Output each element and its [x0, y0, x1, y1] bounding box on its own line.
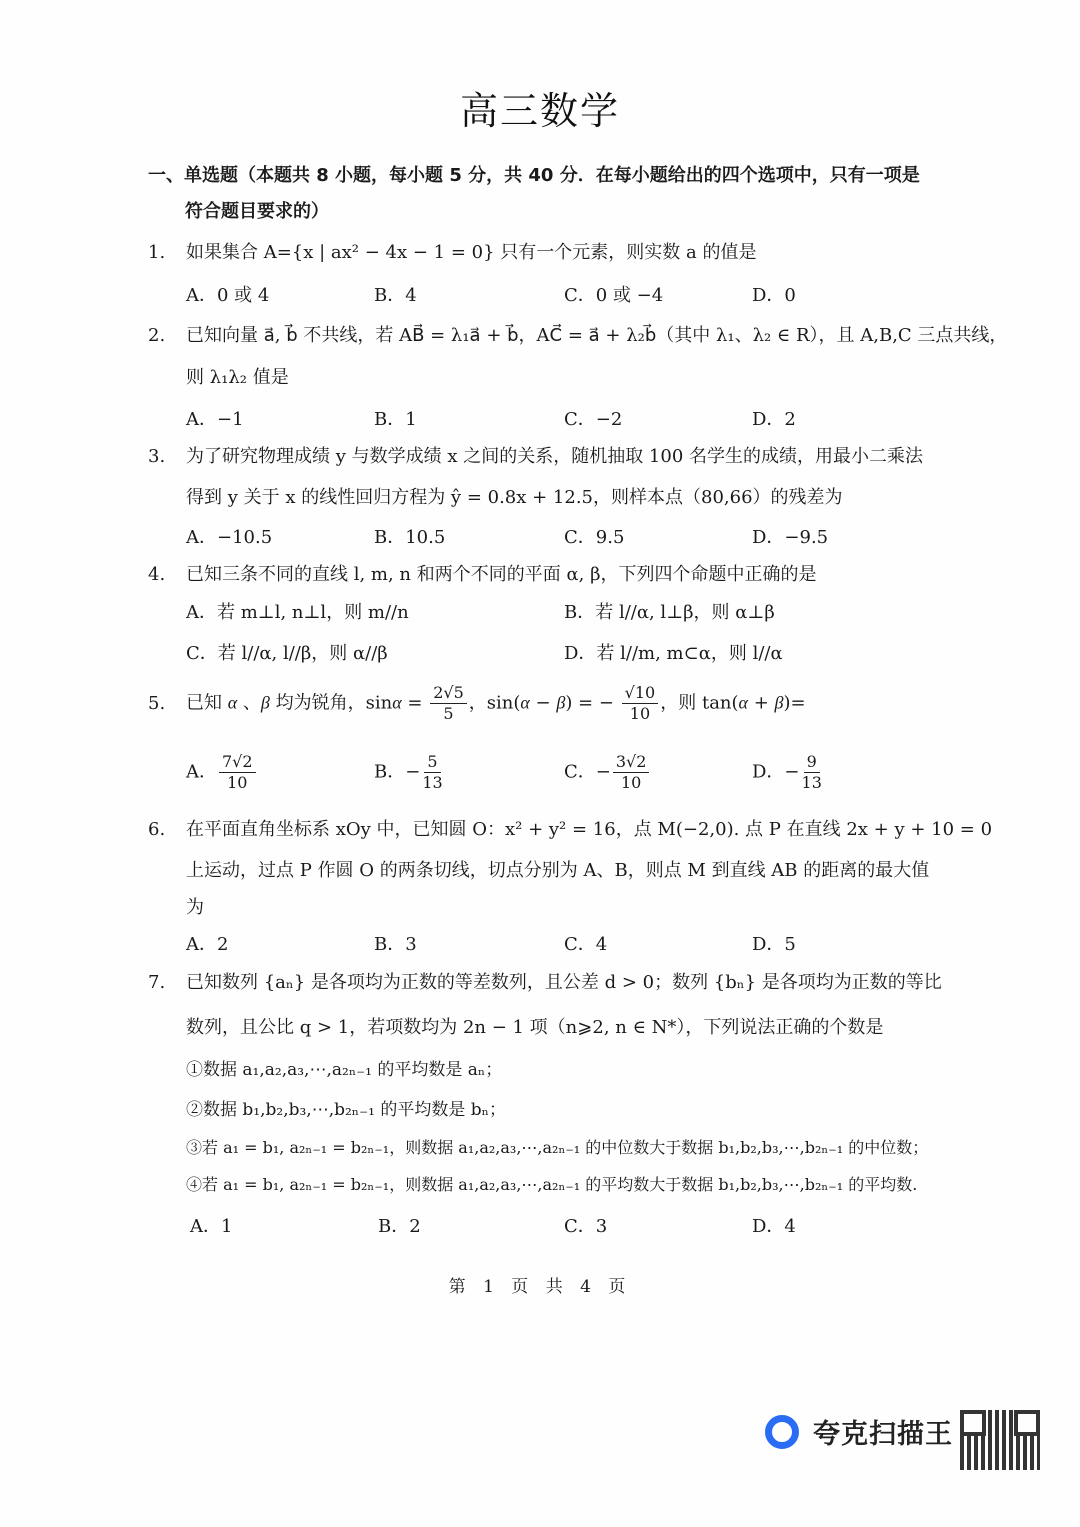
question-text-cont: 上运动，过点 P 作圆 O 的两条切线，切点分别为 A、B，则点 M 到直线 A…	[186, 856, 929, 882]
page-title: 高三数学	[0, 80, 1080, 135]
option-d: D．−9.5	[752, 523, 828, 549]
option-d: D．5	[752, 930, 796, 956]
question-text-cont: 则 λ₁λ₂ 值是	[186, 363, 289, 389]
option-c: C．0 或 −4	[564, 281, 663, 307]
option-d: D．−913	[752, 752, 824, 793]
statement-3: ③若 a₁ = b₁, a₂ₙ₋₁ = b₂ₙ₋₁，则数据 a₁,a₂,a₃,⋯…	[186, 1135, 928, 1158]
question-text: 在平面直角坐标系 xOy 中，已知圆 O：x² + y² = 16，点 M(−2…	[186, 819, 992, 840]
scanner-watermark: 夸克扫描王	[765, 1412, 953, 1451]
option-c: C．9.5	[564, 523, 624, 549]
option-a: A．若 m⊥l, n⊥l，则 m//n	[186, 598, 409, 624]
fraction: √1010	[622, 683, 659, 724]
question-1: 1.如果集合 A={x | ax² − 4x − 1 = 0} 只有一个元素，则…	[148, 238, 756, 264]
option-b: B．−513	[374, 752, 445, 793]
option-d: D．若 l//m, m⊂α，则 l//α	[564, 639, 783, 665]
fraction: 2√55	[430, 683, 467, 724]
section-heading-line: 一、单选题（本题共 8 小题，每小题 5 分，共 40 分．在每小题给出的四个选…	[148, 158, 948, 194]
option-c: C．−3√210	[564, 752, 651, 793]
qr-code-icon	[960, 1410, 1040, 1470]
statement-4: ④若 a₁ = b₁, a₂ₙ₋₁ = b₂ₙ₋₁，则数据 a₁,a₂,a₃,⋯…	[186, 1172, 917, 1195]
question-6: 6.在平面直角坐标系 xOy 中，已知圆 O：x² + y² = 16，点 M(…	[148, 815, 992, 841]
question-3: 3.为了研究物理成绩 y 与数学成绩 x 之间的关系，随机抽取 100 名学生的…	[148, 442, 923, 468]
option-a: A．−1	[186, 405, 244, 431]
question-text-cont: 得到 y 关于 x 的线性回归方程为 ŷ = 0.8x + 12.5，则样本点（…	[186, 483, 843, 509]
brand-name: 夸克扫描王	[813, 1412, 953, 1451]
question-text-cont: 数列，且公比 q > 1，若项数均为 2n − 1 项（n⩾2, n ∈ N*）…	[186, 1013, 883, 1039]
option-c: C．若 l//α, l//β，则 α//β	[186, 639, 388, 665]
question-text-cont: 为	[186, 893, 204, 919]
option-d: D．0	[752, 281, 796, 307]
option-c: C．4	[564, 930, 607, 956]
statement-2: ②数据 b₁,b₂,b₃,⋯,b₂ₙ₋₁ 的平均数是 bₙ；	[186, 1095, 506, 1120]
question-7: 7.已知数列 {aₙ} 是各项均为正数的等差数列，且公差 d > 0；数列 {b…	[148, 968, 942, 994]
option-b: B．10.5	[374, 523, 445, 549]
option-b: B．3	[374, 930, 417, 956]
statement-1: ①数据 a₁,a₂,a₃,⋯,a₂ₙ₋₁ 的平均数是 aₙ；	[186, 1055, 502, 1080]
question-text: 为了研究物理成绩 y 与数学成绩 x 之间的关系，随机抽取 100 名学生的成绩…	[186, 446, 923, 467]
option-c: C．−2	[564, 405, 622, 431]
question-2: 2.已知向量 a⃗, b⃗ 不共线，若 AB⃗ = λ₁a⃗ + b⃗，AC⃗ …	[148, 321, 1007, 347]
section-heading-cont: 符合题目要求的）	[148, 194, 948, 230]
question-text: 已知数列 {aₙ} 是各项均为正数的等差数列，且公差 d > 0；数列 {bₙ}…	[186, 972, 942, 993]
question-text: 已知三条不同的直线 l, m, n 和两个不同的平面 α, β，下列四个命题中正…	[186, 564, 816, 585]
option-b: B．1	[374, 405, 417, 431]
question-text: 已知向量 a⃗, b⃗ 不共线，若 AB⃗ = λ₁a⃗ + b⃗，AC⃗ = …	[186, 325, 1007, 346]
option-b: B．4	[374, 281, 417, 307]
quark-logo-icon	[765, 1415, 799, 1449]
option-c: C．3	[564, 1212, 607, 1238]
option-b: B．若 l//α, l⊥β，则 α⊥β	[564, 598, 775, 624]
question-5: 5.已知 α 、β 均为锐角，sinα = 2√55，sin(α − β) = …	[148, 683, 806, 724]
question-text: 如果集合 A={x | ax² − 4x − 1 = 0} 只有一个元素，则实数…	[186, 242, 756, 263]
option-a: A．0 或 4	[186, 281, 269, 307]
option-a: A．1	[190, 1212, 232, 1238]
option-d: D．4	[752, 1212, 796, 1238]
page-footer: 第 1 页 共 4 页	[0, 1272, 1080, 1297]
option-a: A．7√210	[186, 752, 258, 793]
option-b: B．2	[378, 1212, 421, 1238]
question-4: 4.已知三条不同的直线 l, m, n 和两个不同的平面 α, β，下列四个命题…	[148, 560, 816, 586]
option-d: D．2	[752, 405, 796, 431]
section-heading: 一、单选题（本题共 8 小题，每小题 5 分，共 40 分．在每小题给出的四个选…	[148, 158, 948, 230]
option-a: A．−10.5	[186, 523, 272, 549]
option-a: A．2	[186, 930, 228, 956]
